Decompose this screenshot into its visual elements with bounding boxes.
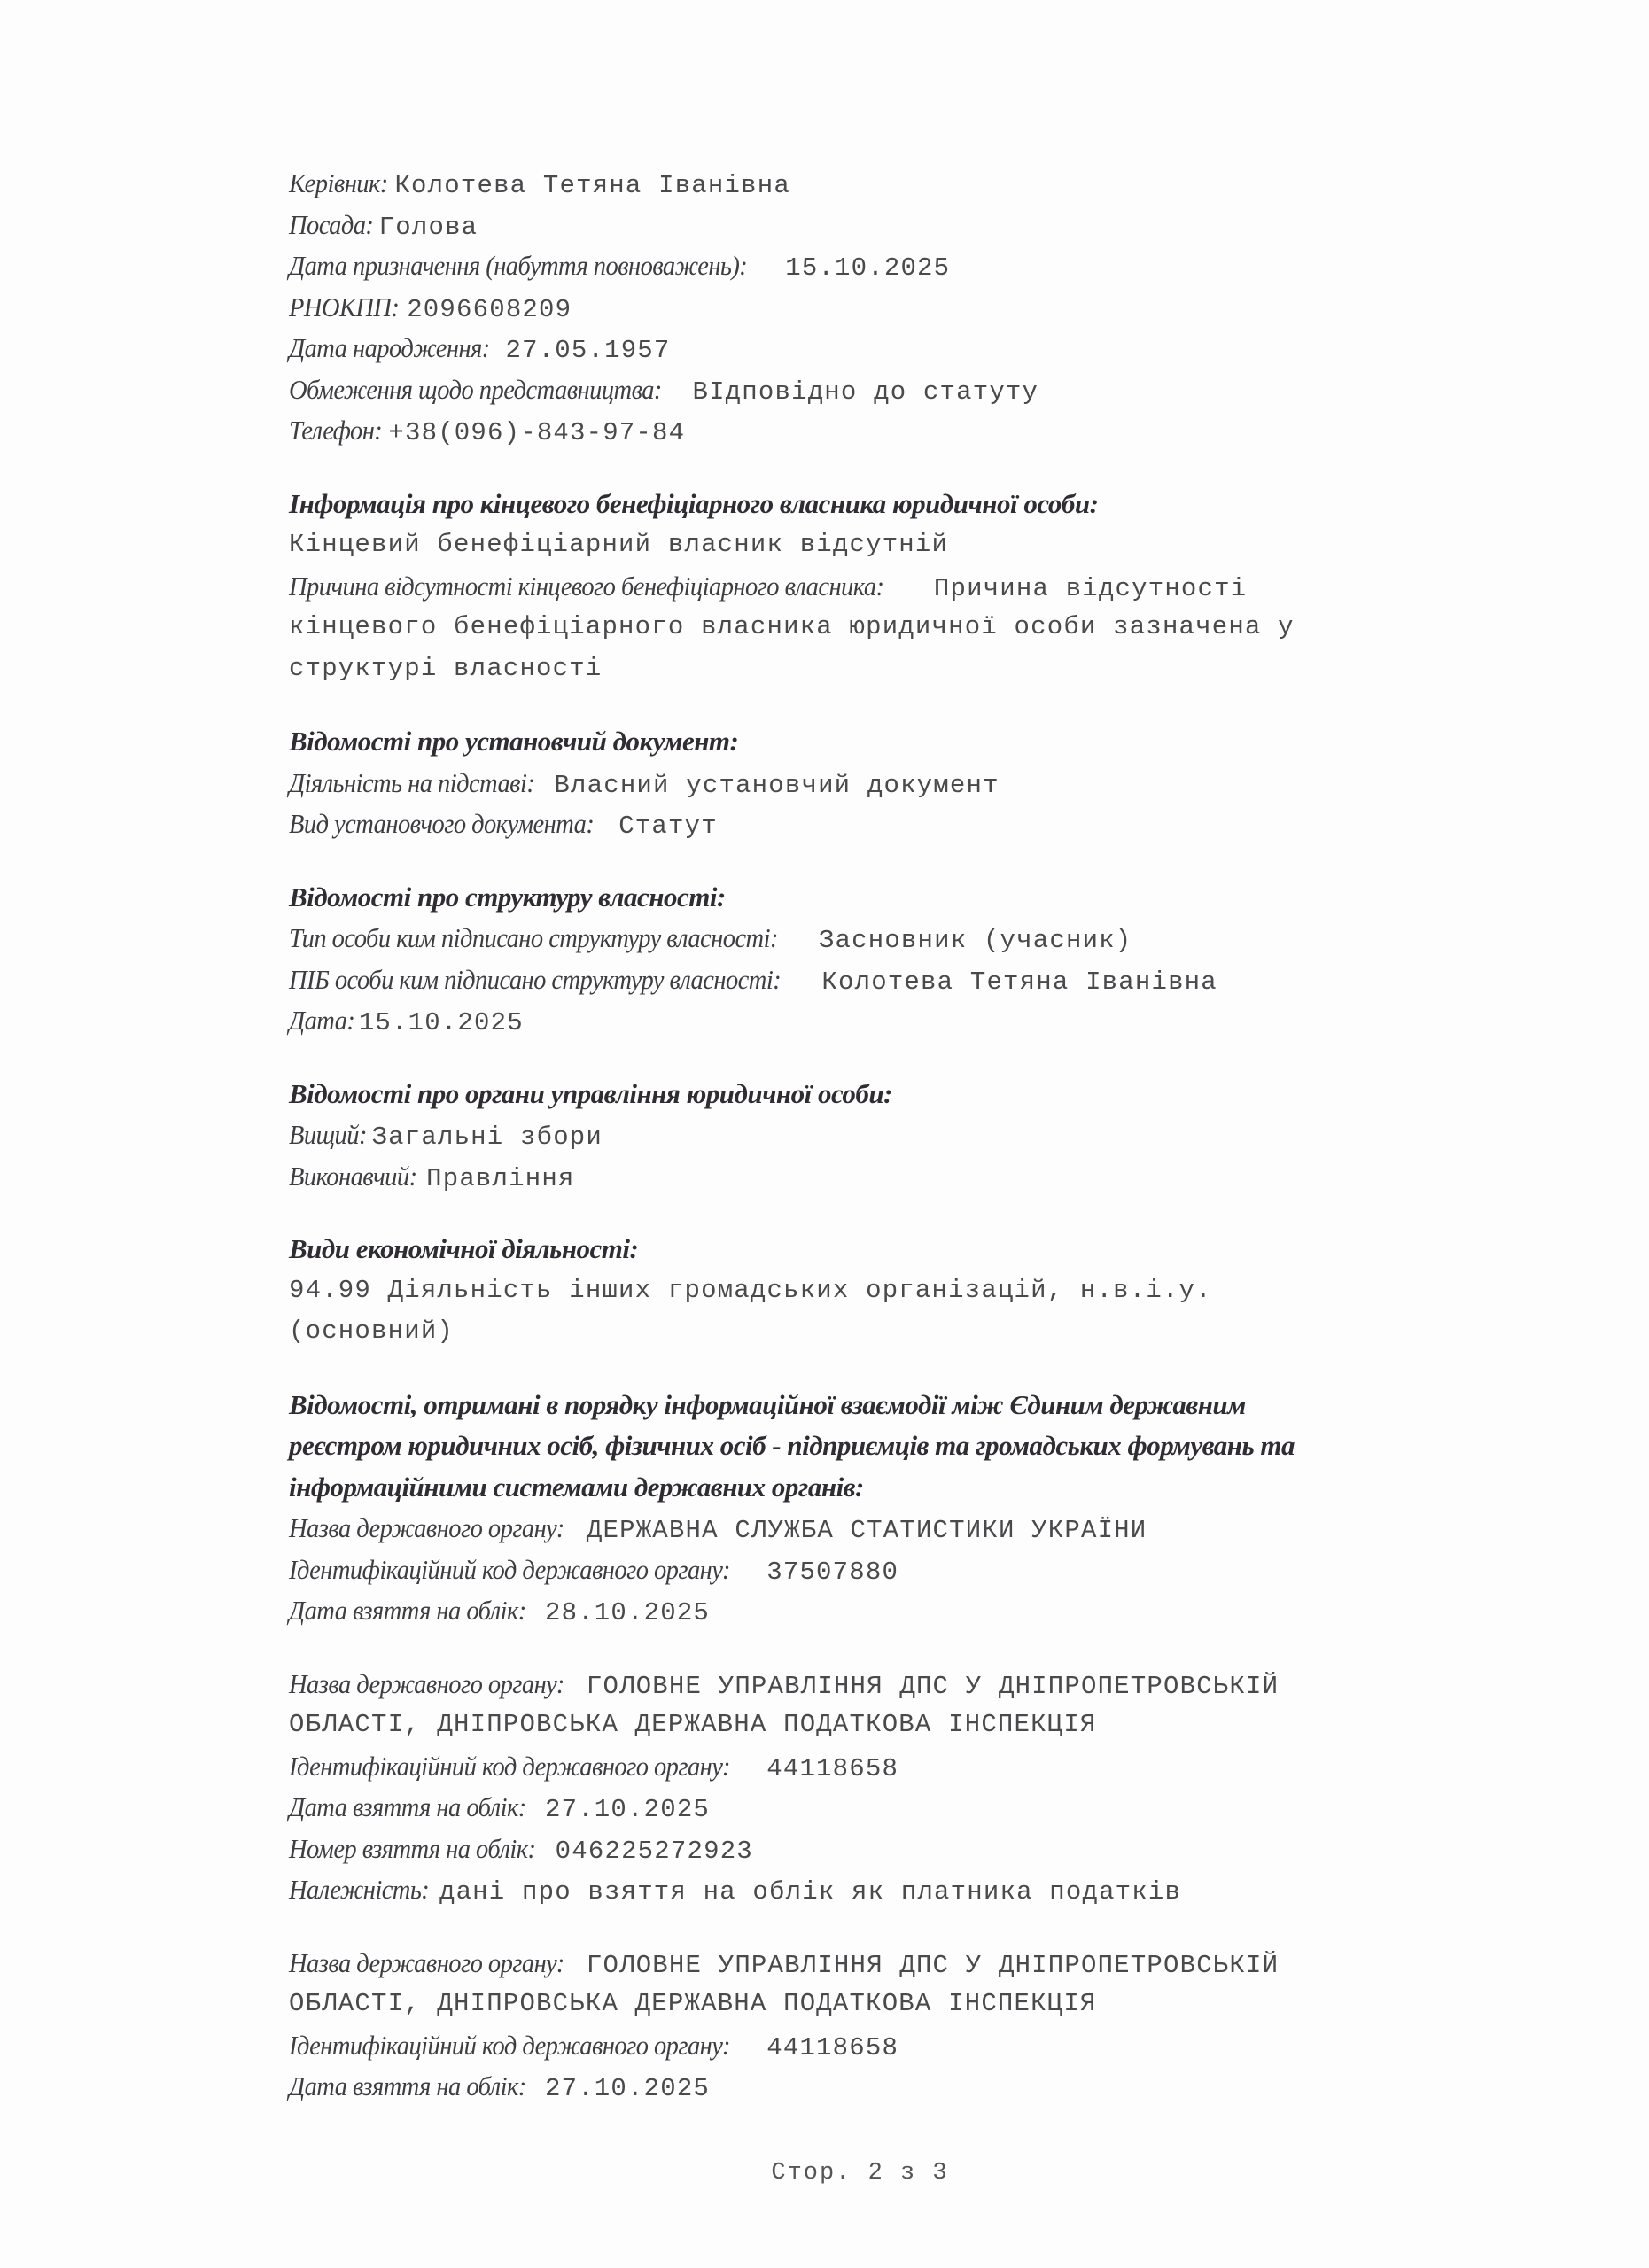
interaction-section: Відомості, отримані в порядку інформацій…: [289, 1385, 1529, 2108]
field-date: Дата: 15.10.2025: [289, 1000, 1529, 1042]
field-value: Голова: [379, 213, 478, 242]
field-label: Діяльність на підставі:: [289, 763, 534, 804]
field-tax-id: РНОКПП: 2096608209: [289, 287, 1529, 329]
field-value: 15.10.2025: [359, 1008, 524, 1037]
field-value: Колотева Тетяна Іванівна: [394, 171, 789, 200]
field-phone: Телефон: +38(096)-843-97-84: [289, 410, 1529, 452]
ownership-structure-section: Відомості про структуру власності: Тип о…: [289, 877, 1529, 1042]
page-indicator: Стор. 2 з 3: [771, 2160, 948, 2186]
field-label: Ідентифікаційний код державного органу:: [289, 1550, 730, 1591]
beneficiary-reason-cont: кінцевого бенефіціарного власника юридич…: [289, 607, 1529, 649]
founding-document-section: Відомості про установчий документ: Діяль…: [289, 721, 1529, 845]
field-label: Дата народження:: [289, 328, 490, 369]
manager-section: Керівник: Колотева Тетяна Іванівна Посад…: [289, 163, 1529, 452]
beneficiary-section: Інформація про кінцевого бенефіціарного …: [289, 484, 1529, 690]
field-value: Статут: [618, 812, 718, 841]
field-label: Номер взяття на облік:: [289, 1829, 535, 1870]
page-footer: Стор. 2 з 3: [0, 2160, 1649, 2186]
field-label: Вищий:: [289, 1115, 367, 1156]
field-activity-basis: Діяльність на підставі: Власний установч…: [289, 763, 1529, 804]
field-label: Причина відсутності кінцевого бенефіціар…: [289, 566, 883, 608]
field-organ-code: Ідентифікаційний код державного органу: …: [289, 1746, 1529, 1788]
field-label: Дата взяття на облік:: [289, 1590, 526, 1632]
field-value: 37507880: [766, 1557, 898, 1587]
field-label: Назва державного органу:: [289, 1943, 564, 1984]
field-label: Обмеження щодо представництва:: [289, 369, 662, 411]
field-organ-name: Назва державного органу: ДЕРЖАВНА СЛУЖБА…: [289, 1508, 1529, 1550]
activity-item: 94.99 Діяльність інших громадських орган…: [289, 1270, 1529, 1312]
field-document-type: Вид установчого документа: Статут: [289, 804, 1529, 845]
field-value: Колотева Тетяна Іванівна: [821, 967, 1217, 997]
field-label: Назва державного органу:: [289, 1508, 564, 1550]
field-label: РНОКПП:: [289, 287, 399, 329]
field-organ-name: Назва державного органу: ГОЛОВНЕ УПРАВЛІ…: [289, 1943, 1529, 1984]
section-heading: Інформація про кінцевого бенефіціарного …: [289, 484, 1529, 525]
field-value: ГОЛОВНЕ УПРАВЛІННЯ ДПС У ДНІПРОПЕТРОВСЬК…: [587, 1951, 1279, 1980]
field-value: дані про взяття на облік як платника под…: [439, 1877, 1181, 1907]
field-label: Дата:: [289, 1000, 354, 1042]
field-executive-body: Виконавчий: Правління: [289, 1156, 1529, 1198]
beneficiary-reason-cont: структурі власності: [289, 649, 1529, 690]
field-label: Дата призначення (набуття повноважень):: [289, 245, 747, 287]
field-value: Засновник (учасник): [819, 926, 1132, 955]
field-label: Назва державного органу:: [289, 1664, 564, 1705]
field-label: Ідентифікаційний код державного органу:: [289, 2025, 730, 2067]
section-heading: Відомості про установчий документ:: [289, 721, 1529, 763]
field-manager: Керівник: Колотева Тетяна Іванівна: [289, 163, 1529, 205]
field-belonging: Належність: дані про взяття на облік як …: [289, 1869, 1529, 1911]
field-value: Загальні збори: [372, 1122, 603, 1152]
section-heading: Відомості про структуру власності:: [289, 877, 1529, 919]
governance-section: Відомості про органи управління юридично…: [289, 1074, 1529, 1198]
organ-entry: Назва державного органу: ГОЛОВНЕ УПРАВЛІ…: [289, 1664, 1529, 1911]
field-value: 15.10.2025: [785, 253, 950, 283]
field-label: Належність:: [289, 1869, 429, 1911]
field-value: 28.10.2025: [545, 1598, 710, 1627]
field-value: Власний установчий документ: [554, 771, 999, 800]
beneficiary-status: Кінцевий бенефіціарний власник відсутній: [289, 524, 1529, 566]
field-value: 046225272923: [556, 1837, 753, 1866]
field-registration-number: Номер взяття на облік: 046225272923: [289, 1829, 1529, 1870]
beneficiary-reason: Причина відсутності кінцевого бенефіціар…: [289, 566, 1529, 608]
field-label: Вид установчого документа:: [289, 804, 594, 845]
field-position: Посада: Голова: [289, 205, 1529, 246]
field-signer-type: Тип особи ким підписано структуру власно…: [289, 918, 1529, 959]
field-birth-date: Дата народження: 27.05.1957: [289, 328, 1529, 369]
field-organ-code: Ідентифікаційний код державного органу: …: [289, 2025, 1529, 2067]
activity-item-note: (основний): [289, 1311, 1529, 1353]
document-content: Керівник: Колотева Тетяна Іванівна Посад…: [289, 163, 1529, 2108]
field-supreme-body: Вищий: Загальні збори: [289, 1115, 1529, 1156]
field-registration-date: Дата взяття на облік: 27.10.2025: [289, 2066, 1529, 2108]
field-label: Дата взяття на облік:: [289, 2066, 526, 2108]
section-heading-cont: реєстром юридичних осіб, фізичних осіб -…: [289, 1425, 1529, 1467]
field-appointment-date: Дата призначення (набуття повноважень): …: [289, 245, 1529, 287]
section-heading-cont: інформаційними системами державних орган…: [289, 1467, 1529, 1509]
document-page: Керівник: Колотева Тетяна Іванівна Посад…: [0, 0, 1649, 2268]
field-value: ГОЛОВНЕ УПРАВЛІННЯ ДПС У ДНІПРОПЕТРОВСЬК…: [587, 1672, 1279, 1701]
field-label: Ідентифікаційний код державного органу:: [289, 1746, 730, 1788]
field-label: ПІБ особи ким підписано структуру власно…: [289, 959, 781, 1001]
field-value: 27.10.2025: [545, 1795, 710, 1824]
field-label: Виконавчий:: [289, 1156, 417, 1198]
field-value: Причина відсутності: [934, 574, 1247, 603]
section-heading: Відомості про органи управління юридично…: [289, 1074, 1529, 1115]
field-representation-limits: Обмеження щодо представництва: ВІдповідн…: [289, 369, 1529, 411]
field-label: Тип особи ким підписано структуру власно…: [289, 918, 778, 959]
field-value: ВІдповідно до статуту: [692, 377, 1038, 407]
field-registration-date: Дата взяття на облік: 28.10.2025: [289, 1590, 1529, 1632]
field-value: 44118658: [766, 1754, 898, 1783]
field-value: +38(096)-843-97-84: [388, 418, 685, 447]
field-value: 27.10.2025: [545, 2074, 710, 2103]
field-signer-name: ПІБ особи ким підписано структуру власно…: [289, 959, 1529, 1001]
section-heading: Відомості, отримані в порядку інформацій…: [289, 1385, 1529, 1426]
field-label: Дата взяття на облік:: [289, 1787, 526, 1829]
field-organ-code: Ідентифікаційний код державного органу: …: [289, 1550, 1529, 1591]
field-value: ДЕРЖАВНА СЛУЖБА СТАТИСТИКИ УКРАЇНИ: [587, 1516, 1147, 1545]
field-value: 44118658: [766, 2033, 898, 2062]
field-label: Телефон:: [289, 410, 382, 452]
field-value: 27.05.1957: [505, 336, 670, 365]
field-value: 2096608209: [407, 295, 572, 324]
field-organ-name-cont: ОБЛАСТІ, ДНІПРОВСЬКА ДЕРЖАВНА ПОДАТКОВА …: [289, 1984, 1529, 2025]
section-heading: Види економічної діяльності:: [289, 1229, 1529, 1270]
field-organ-name-cont: ОБЛАСТІ, ДНІПРОВСЬКА ДЕРЖАВНА ПОДАТКОВА …: [289, 1705, 1529, 1746]
organ-entry: Назва державного органу: ГОЛОВНЕ УПРАВЛІ…: [289, 1943, 1529, 2108]
field-organ-name: Назва державного органу: ГОЛОВНЕ УПРАВЛІ…: [289, 1664, 1529, 1705]
field-value: Правління: [426, 1164, 574, 1193]
field-label: Посада:: [289, 205, 373, 246]
organ-entry: Назва державного органу: ДЕРЖАВНА СЛУЖБА…: [289, 1508, 1529, 1632]
activities-section: Види економічної діяльності: 94.99 Діяль…: [289, 1229, 1529, 1353]
field-label: Керівник:: [289, 163, 388, 205]
field-registration-date: Дата взяття на облік: 27.10.2025: [289, 1787, 1529, 1829]
